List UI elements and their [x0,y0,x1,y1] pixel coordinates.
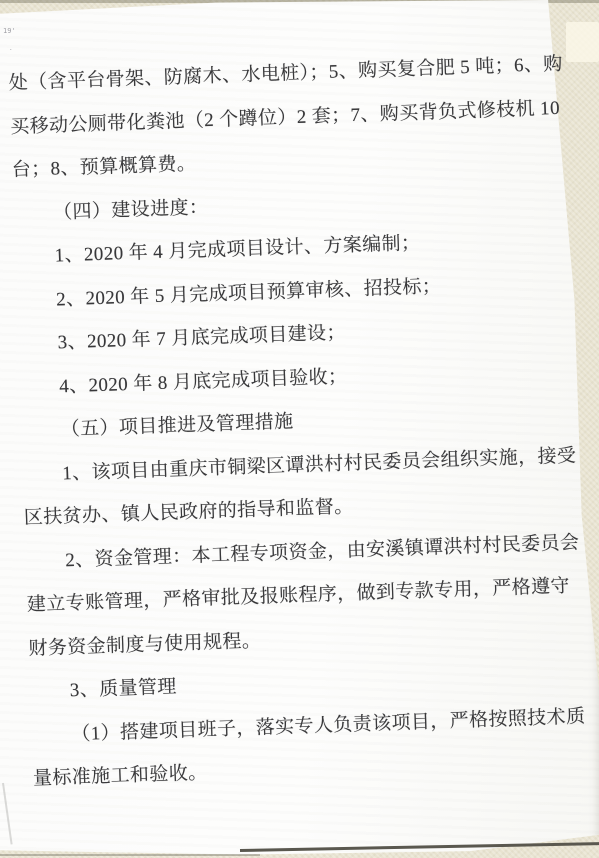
pencil-mark: . [9,45,13,52]
pencil-mark: 19' [3,28,16,35]
paper-bottom-edge-faint [0,854,260,856]
document-text: 处（含平台骨架、防腐木、水电桩）；5、购买复合肥 5 吨；6、购买移动公厕带化粪… [8,42,599,801]
scanned-document: 19' . 处（含平台骨架、防腐木、水电桩）；5、购买复合肥 5 吨；6、购买移… [0,0,599,858]
